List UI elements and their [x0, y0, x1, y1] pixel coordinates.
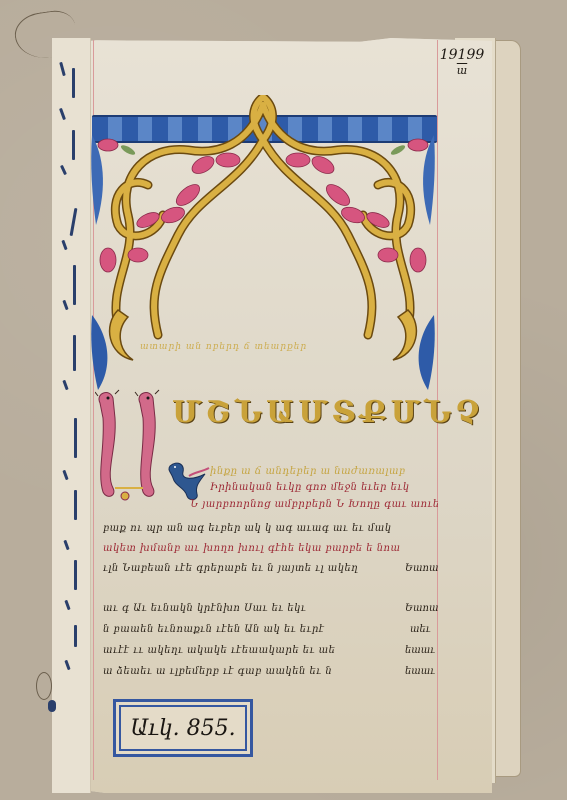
folio-number-sub: ա: [432, 63, 492, 78]
stitch: [74, 560, 77, 590]
shelf-mark-label: Աւկ. 855.: [113, 699, 253, 757]
margin-word: եաաւ: [405, 666, 435, 677]
shelf-mark-text: Աւկ. 855.: [130, 716, 235, 741]
text-line: ակետ խմանբ աւ խողո խուլ գէհե եկա բարբե ե…: [103, 543, 438, 554]
stitch: [72, 130, 75, 160]
zoomorphic-initial: [95, 388, 175, 503]
text-line: ն բաաեն եւնոաքւն ւէեն Ան ակ եւ եւրէ: [103, 624, 383, 635]
manuscript-title: ՄՇՆԱՄՏՔՄՆՉ: [172, 395, 442, 430]
folio-number: 19199 ա: [432, 48, 492, 78]
text-line: ւլն Նաբեան ւէե գրերաբե եւ ն յայտե ւլ ակե…: [103, 563, 378, 574]
gold-subtitle-line: ատարի ան ոբերդ ճ տեարքեր: [140, 342, 370, 362]
stitch: [73, 335, 76, 371]
text-line: աւ գ Աւ եւնակն կրէնխո Սաւ եւ եկւ: [103, 603, 378, 614]
stitch: [73, 265, 76, 305]
margin-word: եաաւ: [405, 645, 435, 656]
stitch: [72, 68, 75, 98]
stitch: [74, 625, 77, 647]
stitch: [74, 490, 77, 520]
text-line: բաք ու պր ան ագ եւբեր ակ կ ագ աւագ աւ եւ…: [103, 523, 438, 534]
binding-hook: [36, 672, 52, 700]
margin-word: աեւ: [410, 624, 431, 635]
stitch: [74, 418, 77, 458]
folio-number-main: 19199: [440, 47, 485, 63]
text-line: Ն յարբոորնոց ամբրբերն Ն Խողը գաւ աուերդ: [190, 499, 438, 510]
stitch: [48, 700, 56, 712]
blue-bird-ornament: [165, 458, 215, 503]
margin-word: Եաոա: [405, 603, 439, 614]
text-line: ինքը ա ճ անդեբեր ա նաժառալաբ: [210, 466, 440, 477]
text-line: աւէէ ււ ակեղւ ակակե ւէեաակարե եւ աե: [103, 645, 383, 656]
text-line: ա ձեաեւ ա ւլբեմերբ ւէ գաբ աակեն եւ ն: [103, 666, 403, 677]
margin-word: Եաոա: [405, 563, 439, 574]
text-line: Իրինական եւկը գոռ մեջն եւեր եւկ: [210, 482, 440, 493]
